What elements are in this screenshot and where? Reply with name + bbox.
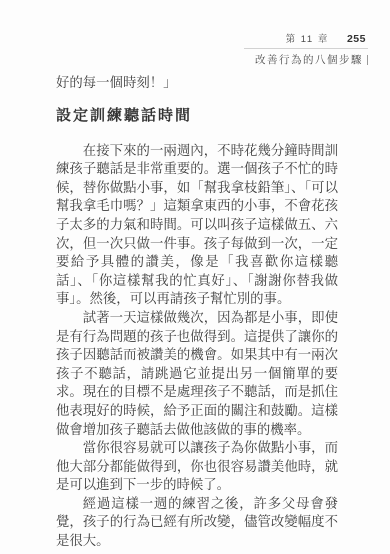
page-content: 好的每一個時刻！」 設定訓練聽話時間 在接下來的一兩週內，不時花幾分鐘時間訓練孩… — [56, 74, 338, 551]
chapter-title: 改善行為的八個步驟 — [255, 52, 363, 67]
paragraph: 經過這樣一週的練習之後，許多父母會發覺，孩子的行為已經有所改變，儘管改變幅度不是… — [56, 495, 338, 551]
running-head: 第 11 章 255 改善行為的八個步驟 — [244, 29, 368, 67]
title-divider-bar — [367, 55, 368, 65]
page-number: 255 — [347, 33, 366, 45]
section-heading: 設定訓練聽話時間 — [56, 106, 338, 126]
paragraph: 試著一天這樣做幾次，因為都是小事，即使是有行為問題的孩子也做得到。這提供了讓你的… — [56, 309, 338, 439]
paragraph: 當你很容易就可以讓孩子為你做點小事，而他大部分都能做得到，你也很容易讚美他時，就… — [56, 439, 338, 495]
chapter-number: 第 11 章 — [286, 34, 329, 45]
book-page: 第 11 章 255 改善行為的八個步驟 好的每一個時刻！」 設定訓練聽話時間 … — [0, 0, 390, 554]
running-head-top: 第 11 章 255 — [244, 31, 368, 49]
paragraph: 在接下來的一兩週內，不時花幾分鐘時間訓練孩子聽話是非常重要的。選一個孩子不忙的時… — [56, 142, 338, 309]
carryover-line: 好的每一個時刻！」 — [56, 74, 338, 93]
running-head-title: 改善行為的八個步驟 — [244, 52, 368, 67]
